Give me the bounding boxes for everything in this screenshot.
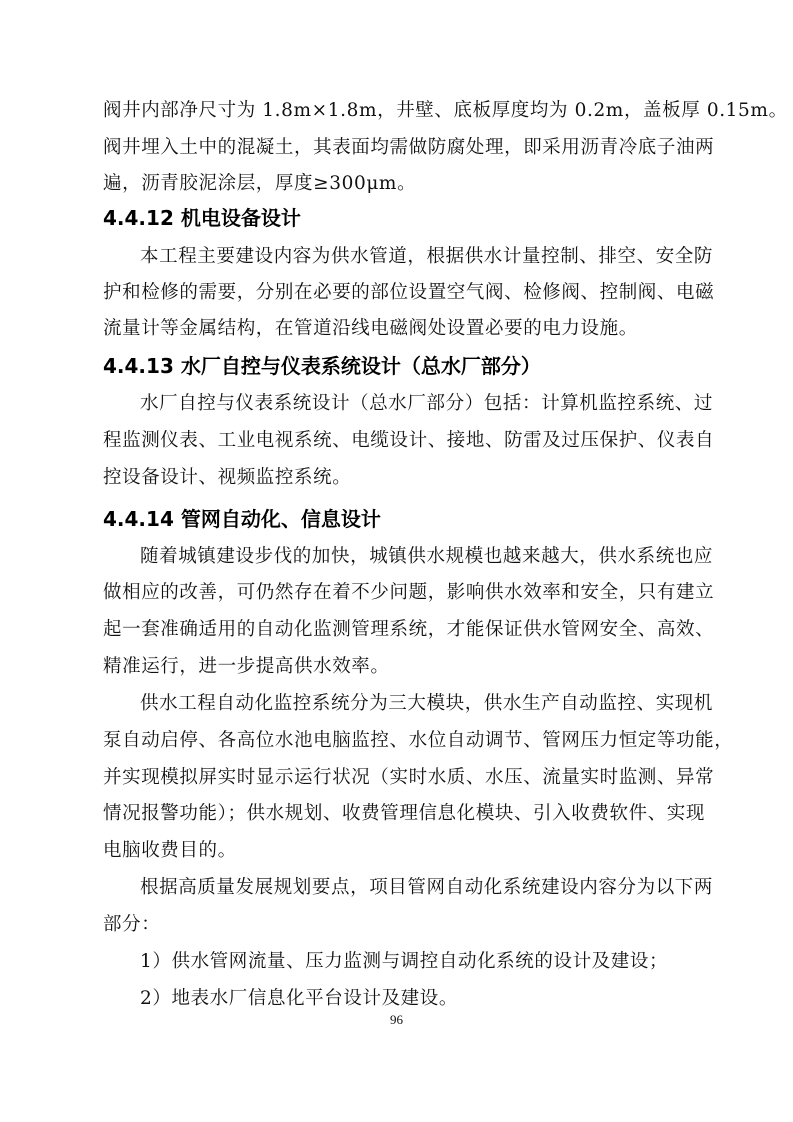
body-text-line: 流量计等金属结构，在管道沿线电磁阀处设置必要的电力设施。: [103, 316, 693, 342]
section-heading-4-4-14: 4.4.14 管网自动化、信息设计: [103, 505, 381, 533]
list-item: 1）供水管网流量、压力监测与调控自动化系统的设计及建设；: [140, 949, 693, 975]
body-text-line: 水厂自控与仪表系统设计（总水厂部分）包括：计算机监控系统、过: [140, 391, 693, 417]
body-text-line: 做相应的改善，可仍然存在着不少问题，影响供水效率和安全，只有建立: [103, 580, 693, 606]
body-text-line: 电脑收费目的。: [103, 838, 693, 864]
body-text-line: 情况报警功能）；供水规划、收费管理信息化模块、引入收费软件、实现: [103, 801, 693, 827]
page-number: 96: [0, 1012, 793, 1028]
body-text-line: 供水工程自动化监控系统分为三大模块，供水生产自动监控、实现机: [140, 691, 693, 717]
body-text-line: 控设备设计、视频监控系统。: [103, 465, 693, 491]
section-heading-4-4-13: 4.4.13 水厂自控与仪表系统设计（总水厂部分）: [103, 352, 541, 380]
body-text-line: 根据高质量发展规划要点，项目管网自动化系统建设内容分为以下两: [140, 875, 693, 901]
body-text-line: 程监测仪表、工业电视系统、电缆设计、接地、防雷及过压保护、仪表自: [103, 428, 693, 454]
section-heading-4-4-12: 4.4.12 机电设备设计: [103, 204, 301, 232]
body-text-line: 本工程主要建设内容为供水管道，根据供水计量控制、排空、安全防: [140, 244, 693, 270]
body-text-line: 部分：: [103, 912, 693, 938]
body-text-line: 遍，沥青胶泥涂层，厚度≥300μm。: [103, 171, 693, 197]
body-text-line: 阀井埋入土中的混凝土，其表面均需做防腐处理，即采用沥青冷底子油两: [103, 135, 693, 161]
body-text-line: 随着城镇建设步伐的加快，城镇供水规模也越来越大，供水系统也应: [140, 544, 693, 570]
list-item: 2）地表水厂信息化平台设计及建设。: [140, 986, 693, 1012]
body-text-line: 护和检修的需要，分别在必要的部位设置空气阀、检修阀、控制阀、电磁: [103, 280, 693, 306]
body-text-line: 阀井内部净尺寸为 1.8m×1.8m，井壁、底板厚度均为 0.2m，盖板厚 0.…: [103, 98, 693, 124]
body-text-line: 精准运行，进一步提高供水效率。: [103, 654, 693, 680]
body-text-line: 起一套准确适用的自动化监测管理系统，才能保证供水管网安全、高效、: [103, 617, 693, 643]
body-text-line: 泵自动启停、各高位水池电脑监控、水位自动调节、管网压力恒定等功能，: [103, 728, 693, 754]
body-text-line: 并实现模拟屏实时显示运行状况（实时水质、水压、流量实时监测、异常: [103, 765, 693, 791]
